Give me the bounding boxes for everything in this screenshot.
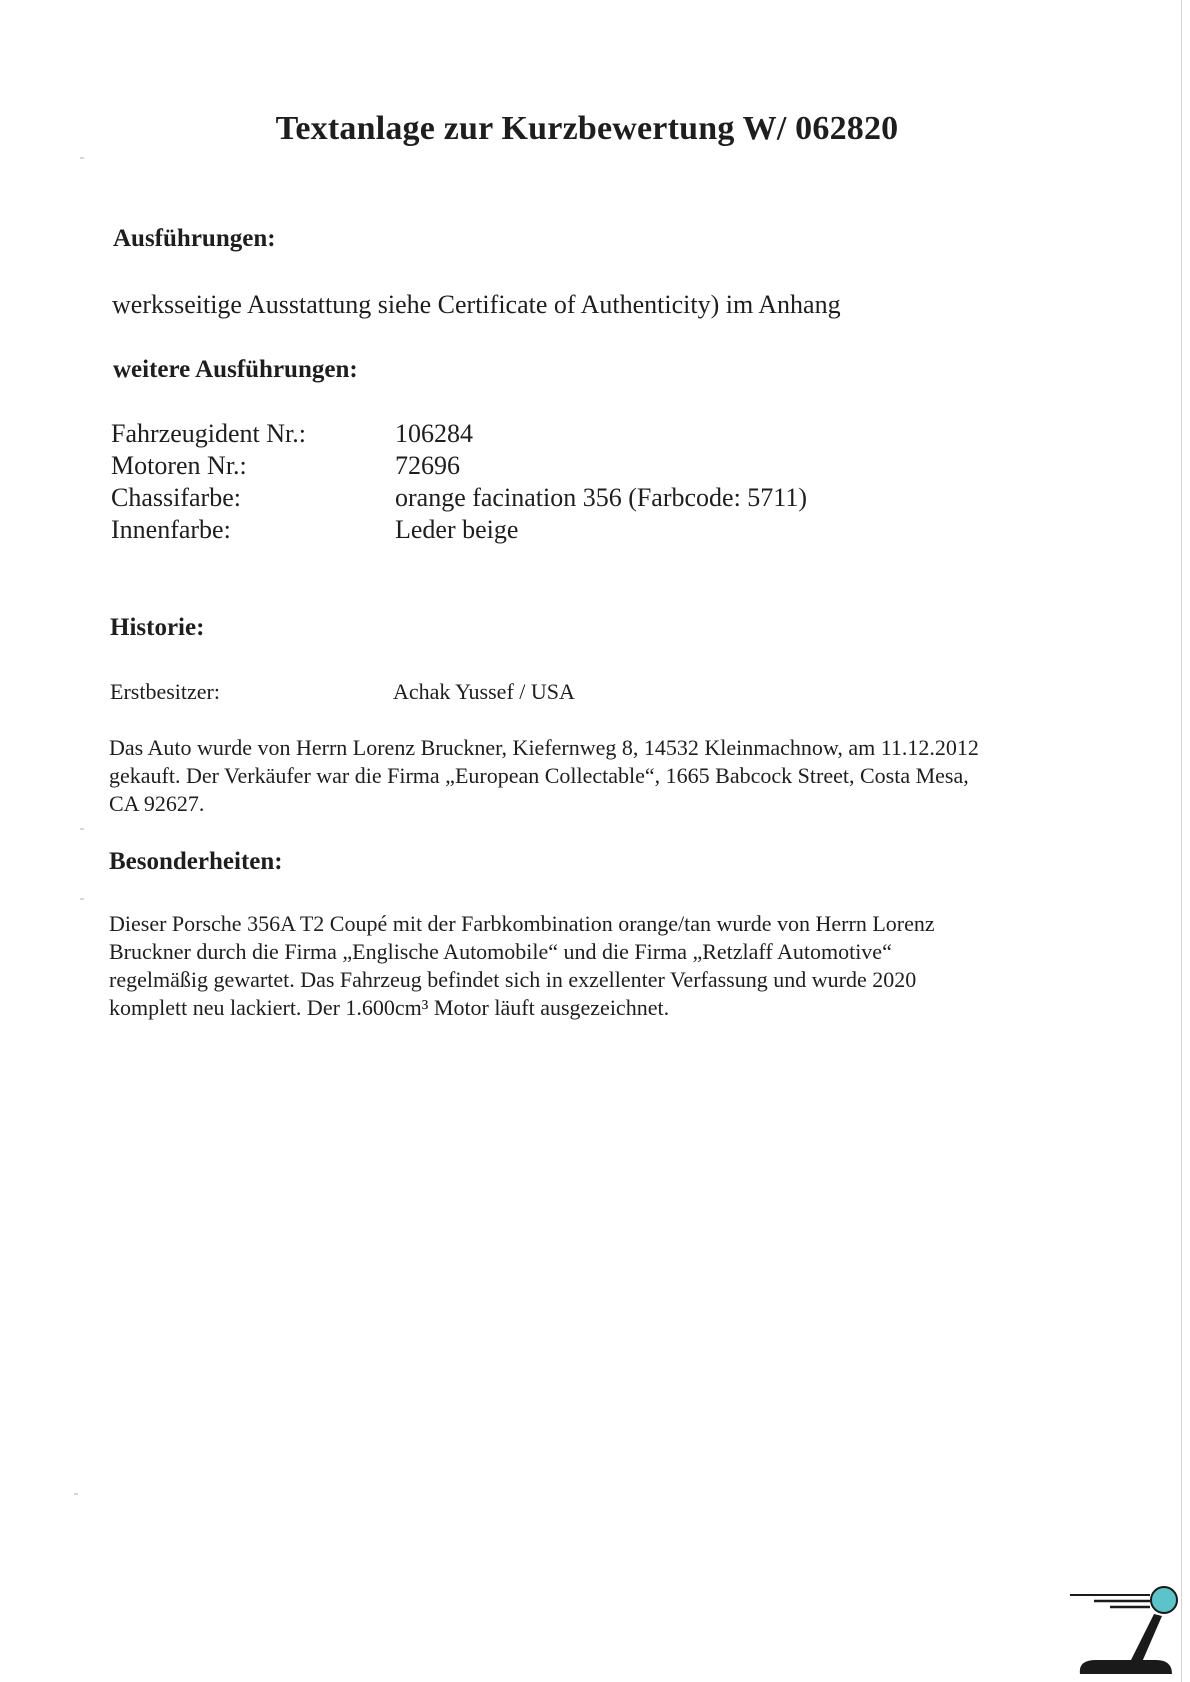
scan-mark bbox=[74, 1493, 78, 1495]
ausfuehrungen-text: werksseitige Ausstattung siehe Certifica… bbox=[112, 290, 841, 320]
scan-mark bbox=[80, 898, 84, 900]
scan-mark bbox=[80, 828, 84, 830]
field-value: Leder beige bbox=[395, 514, 518, 546]
paragraph-line: Dieser Porsche 356A T2 Coupé mit der Far… bbox=[109, 910, 1069, 938]
paragraph-line: regelmäßig gewartet. Das Fahrzeug befind… bbox=[109, 966, 1069, 994]
heading-besonderheiten: Besonderheiten: bbox=[109, 848, 283, 876]
field-label: Innenfarbe: bbox=[111, 514, 231, 546]
paragraph-line: komplett neu lackiert. Der 1.600cm³ Moto… bbox=[109, 994, 1069, 1022]
paragraph-line: Bruckner durch die Firma „Englische Auto… bbox=[109, 938, 1069, 966]
erstbesitzer-label: Erstbesitzer: bbox=[110, 678, 220, 706]
paragraph-line: Das Auto wurde von Herrn Lorenz Bruckner… bbox=[109, 734, 1069, 762]
erstbesitzer-row: Erstbesitzer: Achak Yussef / USA bbox=[110, 678, 710, 706]
heading-weitere-ausfuehrungen: weitere Ausführungen: bbox=[113, 356, 358, 384]
heading-historie: Historie: bbox=[110, 614, 204, 642]
paragraph-line: gekauft. Der Verkäufer war die Firma „Eu… bbox=[109, 762, 1069, 790]
field-value: 106284 bbox=[395, 418, 473, 450]
erstbesitzer-value: Achak Yussef / USA bbox=[393, 678, 575, 706]
tire-balancer-logo-icon bbox=[1068, 1580, 1180, 1674]
field-label: Fahrzeugident Nr.: bbox=[111, 418, 306, 450]
field-label: Chassifarbe: bbox=[111, 482, 241, 514]
field-label: Motoren Nr.: bbox=[111, 450, 247, 482]
page-edge-line bbox=[1181, 0, 1182, 1682]
field-value: 72696 bbox=[395, 450, 460, 482]
document-title: Textanlage zur Kurzbewertung W/ 062820 bbox=[0, 110, 1182, 148]
field-value: orange facination 356 (Farbcode: 5711) bbox=[395, 482, 807, 514]
besonderheiten-paragraph: Dieser Porsche 356A T2 Coupé mit der Far… bbox=[109, 910, 1069, 1022]
scan-mark bbox=[80, 157, 84, 159]
paragraph-line: CA 92627. bbox=[109, 790, 1069, 818]
heading-ausfuehrungen: Ausführungen: bbox=[113, 225, 276, 253]
historie-paragraph: Das Auto wurde von Herrn Lorenz Bruckner… bbox=[109, 734, 1069, 818]
